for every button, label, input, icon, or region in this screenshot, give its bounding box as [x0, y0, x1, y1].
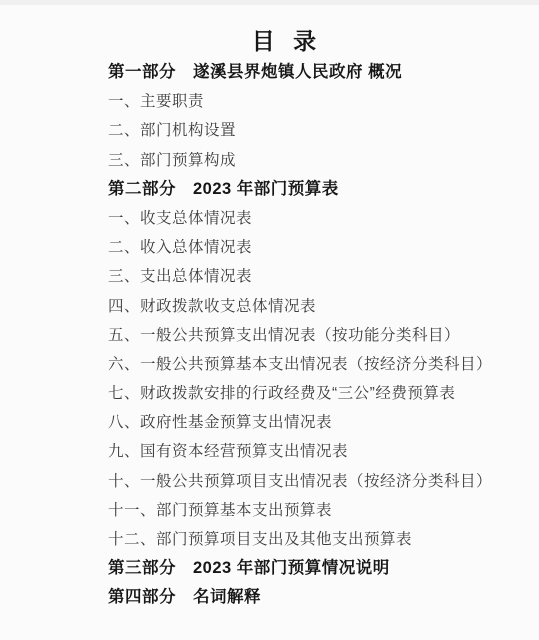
- toc-entry: 三、支出总体情况表: [108, 262, 466, 291]
- toc-title: 目 录: [108, 26, 466, 56]
- toc-entry: 二、收入总体情况表: [108, 233, 466, 262]
- toc-entry: 二、部门机构设置: [108, 116, 466, 145]
- toc-entry: 四、财政拨款收支总体情况表: [108, 292, 466, 321]
- toc-section-heading: 第四部分 名词解释: [108, 583, 466, 612]
- toc-entry: 一、收支总体情况表: [108, 204, 466, 233]
- toc-entry: 七、财政拨款安排的行政经费及“三公”经费预算表: [108, 379, 466, 408]
- toc-entry: 三、部门预算构成: [108, 146, 466, 175]
- document-page: 目 录 第一部分 遂溪县界炮镇人民政府 概况一、主要职责二、部门机构设置三、部门…: [0, 0, 539, 640]
- table-of-contents: 目 录 第一部分 遂溪县界炮镇人民政府 概况一、主要职责二、部门机构设置三、部门…: [108, 26, 466, 613]
- toc-section-heading: 第三部分 2023 年部门预算情况说明: [108, 554, 466, 583]
- toc-entry: 九、国有资本经营预算支出情况表: [108, 437, 466, 466]
- toc-entry: 一、主要职责: [108, 87, 466, 116]
- toc-section-heading: 第一部分 遂溪县界炮镇人民政府 概况: [108, 58, 466, 87]
- toc-section-heading: 第二部分 2023 年部门预算表: [108, 175, 466, 204]
- toc-entry: 八、政府性基金预算支出情况表: [108, 408, 466, 437]
- toc-entry: 六、一般公共预算基本支出情况表（按经济分类科目）: [108, 350, 466, 379]
- toc-entry: 十、一般公共预算项目支出情况表（按经济分类科目）: [108, 467, 466, 496]
- toc-entry: 十一、部门预算基本支出预算表: [108, 496, 466, 525]
- toc-entry: 五、一般公共预算支出情况表（按功能分类科目）: [108, 321, 466, 350]
- toc-list: 第一部分 遂溪县界炮镇人民政府 概况一、主要职责二、部门机构设置三、部门预算构成…: [108, 58, 466, 613]
- toc-entry: 十二、部门预算项目支出及其他支出预算表: [108, 525, 466, 554]
